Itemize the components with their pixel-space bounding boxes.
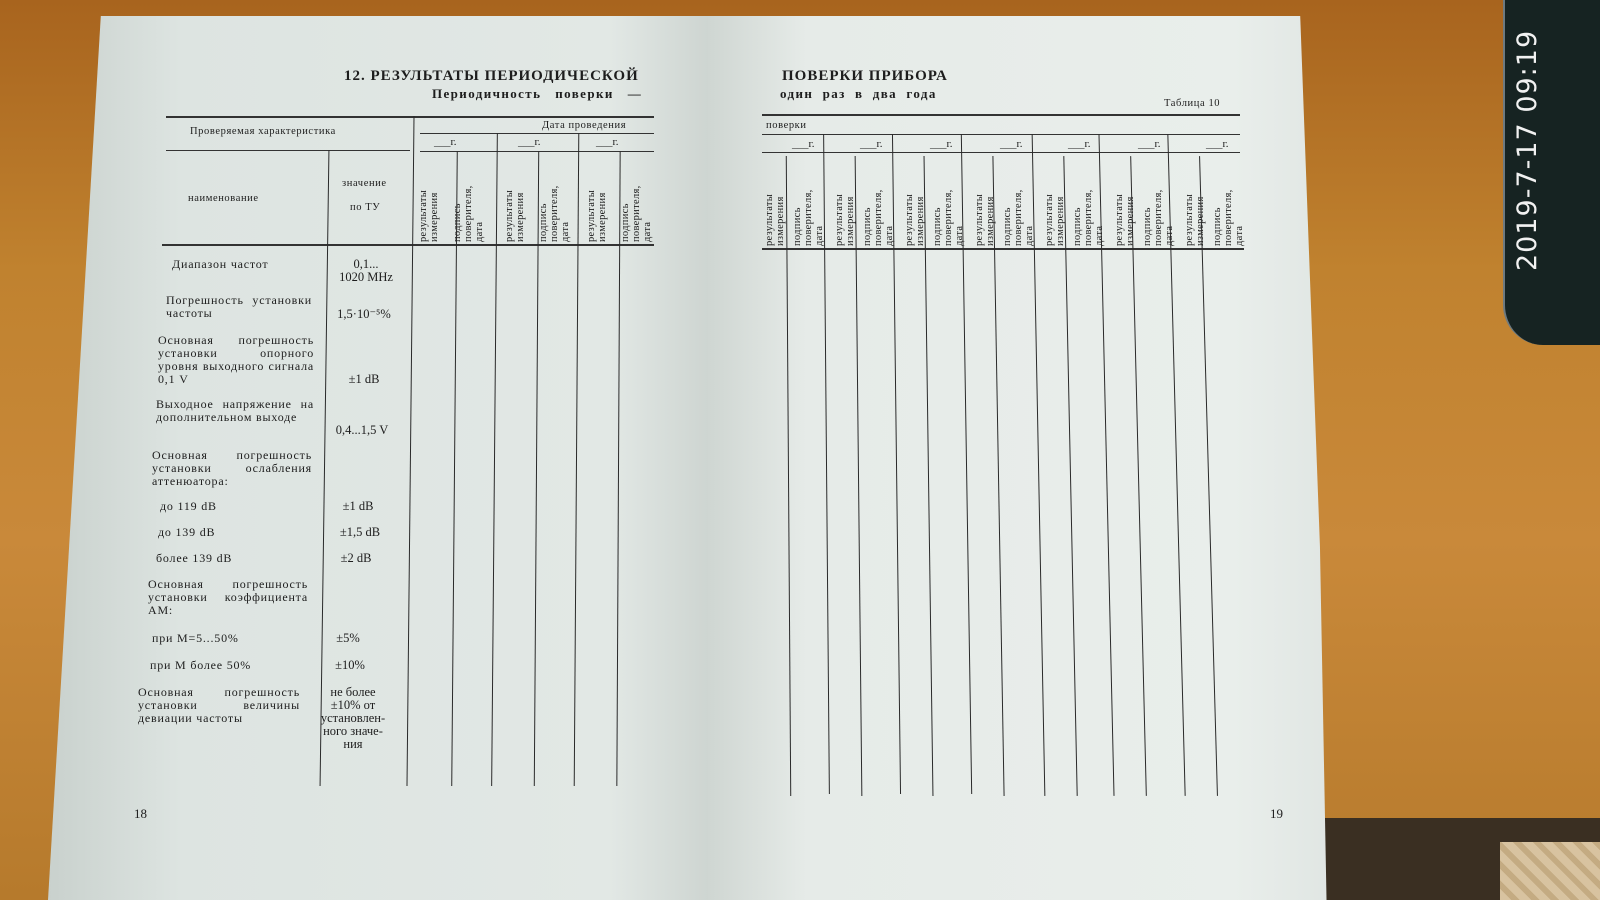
row-name: Выходное напряжение на дополнительном вы…	[156, 398, 314, 424]
periodicity-value: один раз в два года	[780, 86, 937, 102]
section-title-continued: ПОВЕРКИ ПРИБОРА	[782, 68, 948, 85]
row-value: не более ±10% от установлен- ного значе-…	[310, 686, 396, 751]
column-divider	[406, 116, 414, 786]
column-divider	[924, 156, 934, 796]
value-column-header: значение	[342, 178, 387, 189]
subcolumn-header: результаты измерения	[504, 166, 526, 242]
row-name: Основная погрешность установки величины …	[138, 686, 300, 725]
column-divider	[1199, 156, 1218, 796]
subcolumn-header: результаты измерения	[764, 166, 786, 246]
year-label: ___г.	[860, 138, 883, 150]
date-group-header: Дата проведения	[542, 120, 626, 131]
column-divider	[1098, 134, 1114, 796]
right-page: ПОВЕРКИ ПРИБОРА один раз в два года Табл…	[708, 16, 1366, 900]
section-title: 12. РЕЗУЛЬТАТЫ ПЕРИОДИЧЕСКОЙ	[344, 68, 639, 85]
row-name: до 139 dB	[158, 526, 298, 539]
row-value: 0,1... 1020 MHz	[326, 258, 406, 284]
year-label: ___г.	[596, 136, 619, 148]
subcolumn-header: подпись поверителя, дата	[792, 166, 825, 246]
row-value: ±1,5 dB	[320, 526, 400, 539]
column-divider	[786, 156, 791, 796]
row-value: ±1 dB	[318, 500, 398, 513]
year-label: ___г.	[1138, 138, 1161, 150]
floor-tile-pattern	[1500, 842, 1600, 900]
row-name: при M=5...50%	[152, 632, 302, 645]
year-label: ___г.	[1068, 138, 1091, 150]
column-divider	[992, 156, 1004, 796]
column-divider	[961, 134, 972, 794]
row-name: до 119 dB	[160, 500, 300, 513]
row-value: ±10%	[310, 659, 390, 672]
year-label: ___г.	[1000, 138, 1023, 150]
date-group-rule	[420, 133, 654, 134]
column-divider	[855, 156, 863, 796]
value-column-header-2: по ТУ	[350, 202, 380, 213]
header-rule	[166, 150, 410, 151]
column-divider	[451, 151, 458, 786]
subcolumn-header: подпись поверителя, дата	[538, 166, 571, 242]
periodicity-subtitle: Периодичность поверки —	[432, 86, 642, 102]
column-divider	[823, 134, 830, 794]
page-number: 18	[134, 806, 147, 822]
subcolumn-header: подпись поверителя, дата	[932, 166, 965, 246]
row-name: Основная погрешность установки ослаблени…	[152, 449, 312, 488]
row-value: ±1 dB	[324, 373, 404, 386]
subcolumn-header: результаты измерения	[586, 166, 608, 242]
row-value: ±5%	[308, 632, 388, 645]
year-label: ___г.	[930, 138, 953, 150]
row-name: более 139 dB	[156, 552, 296, 565]
row-value: ±2 dB	[316, 552, 396, 565]
row-value: 1,5·10⁻⁵%	[324, 308, 404, 321]
left-page: 12. РЕЗУЛЬТАТЫ ПЕРИОДИЧЕСКОЙ Периодичнос…	[48, 16, 708, 900]
row-value: 0,4...1,5 V	[322, 424, 402, 437]
subcolumn-header: результаты измерения	[1044, 166, 1066, 246]
table-top-rule	[166, 116, 654, 118]
page-number: 19	[1270, 806, 1283, 822]
column-divider	[892, 134, 901, 794]
row-name: Диапазон частот	[172, 258, 312, 271]
photo-timestamp: 2019-7-17 09:19	[1512, 30, 1552, 330]
header-bottom-rule	[762, 248, 1244, 250]
year-label: ___г.	[518, 136, 541, 148]
subcolumn-header: результаты измерения	[418, 166, 440, 242]
table-top-rule	[762, 114, 1240, 116]
name-column-header: наименование	[188, 193, 259, 204]
row-name: Основная погрешность установки опорного …	[158, 334, 314, 386]
year-label: ___г.	[434, 136, 457, 148]
column-divider	[534, 151, 539, 786]
column-divider	[1063, 156, 1077, 796]
subcolumn-header: результаты измерения	[834, 166, 856, 246]
subcolumn-header: подпись поверителя, дата	[862, 166, 895, 246]
subcolumn-header: подпись поверителя, дата	[620, 166, 653, 242]
subcolumn-header: результаты измерения	[904, 166, 926, 246]
column-divider	[1130, 156, 1147, 796]
characteristic-header: Проверяемая характеристика	[190, 126, 336, 137]
header-bottom-rule	[162, 244, 654, 246]
year-label: ___г.	[1206, 138, 1229, 150]
row-name: Основная погрешность установки коэффицие…	[148, 578, 308, 617]
subcolumn-header: подпись поверителя, дата	[1212, 166, 1245, 246]
subcolumn-header: подпись поверителя, дата	[1002, 166, 1035, 246]
table-label: Таблица 10	[1164, 98, 1220, 109]
date-group-header: поверки	[766, 120, 807, 131]
subcolumn-header: результаты измерения	[1184, 166, 1206, 246]
column-divider	[616, 151, 620, 786]
column-divider	[574, 133, 580, 786]
year-label: ___г.	[792, 138, 815, 150]
column-divider	[491, 133, 498, 786]
row-name: Погрешность установки частоты	[166, 294, 312, 320]
column-divider	[1167, 134, 1185, 796]
row-name: при M более 50%	[150, 659, 300, 672]
